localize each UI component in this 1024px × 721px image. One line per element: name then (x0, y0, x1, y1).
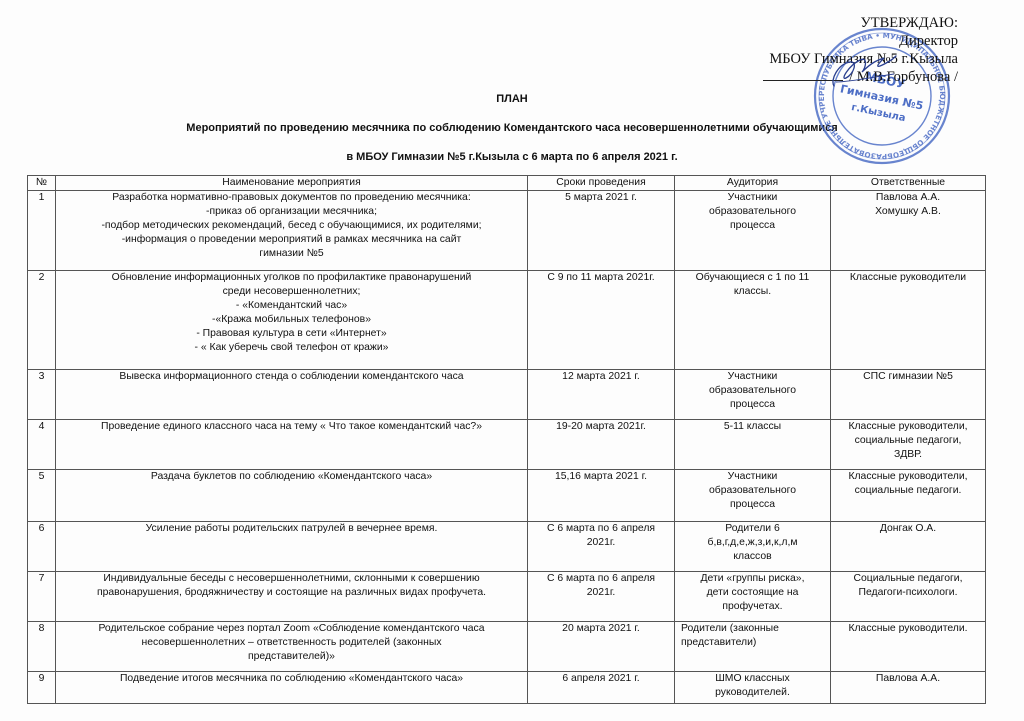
cell-event-name: Родительское собрание через портал Zoom … (56, 622, 528, 672)
table-row: 1Разработка нормативно-правовых документ… (28, 191, 986, 271)
cell-audience-line: классы. (677, 285, 828, 299)
cell-event-name-line: Подведение итогов месячника по соблюдени… (58, 672, 525, 686)
cell-responsible-line: ЗДВР. (833, 448, 983, 462)
cell-audience-line: Дети «группы риска», (677, 572, 828, 586)
cell-number: 6 (28, 522, 56, 572)
cell-number: 9 (28, 672, 56, 704)
cell-event-name-line: Раздача буклетов по соблюдению «Комендан… (58, 470, 525, 484)
cell-number: 1 (28, 191, 56, 271)
cell-event-name-line: Обновление информационных уголков по про… (58, 271, 525, 285)
cell-event-name: Индивидуальные беседы с несовершеннолетн… (56, 572, 528, 622)
table-row: 6Усиление работы родительских патрулей в… (28, 522, 986, 572)
cell-dates: С 6 марта по 6 апреля2021г. (528, 522, 675, 572)
cell-dates: 6 апреля 2021 г. (528, 672, 675, 704)
cell-responsible: Социальные педагоги,Педагоги-психологи. (831, 572, 986, 622)
cell-number-line: 7 (30, 572, 53, 586)
table-header-row: № Наименование мероприятия Сроки проведе… (28, 176, 986, 191)
header-number: № (28, 176, 56, 191)
cell-audience: 5-11 классы (675, 420, 831, 470)
cell-number: 5 (28, 470, 56, 522)
cell-responsible-line: Педагоги-психологи. (833, 586, 983, 600)
cell-responsible: Классные руководители. (831, 622, 986, 672)
cell-responsible-line: Хомушку А.В. (833, 205, 983, 219)
table-row: 8Родительское собрание через портал Zoom… (28, 622, 986, 672)
cell-responsible: СПС гимназии №5 (831, 370, 986, 420)
cell-responsible-line: Донгак О.А. (833, 522, 983, 536)
cell-event-name: Обновление информационных уголков по про… (56, 271, 528, 370)
cell-audience-line: представители) (681, 636, 828, 650)
cell-event-name: Раздача буклетов по соблюдению «Комендан… (56, 470, 528, 522)
cell-dates: С 6 марта по 6 апреля2021г. (528, 572, 675, 622)
cell-number-line: 4 (30, 420, 53, 434)
cell-number-line: 5 (30, 470, 53, 484)
cell-audience-line: образовательного (677, 205, 828, 219)
cell-event-name-line: гимназии №5 (58, 247, 525, 261)
cell-dates: С 9 по 11 марта 2021г. (528, 271, 675, 370)
cell-dates-line: 20 марта 2021 г. (530, 622, 672, 636)
cell-event-name-line: Проведение единого классного часа на тем… (58, 420, 525, 434)
cell-dates: 15,16 марта 2021 г. (528, 470, 675, 522)
cell-audience-line: дети состоящие на (677, 586, 828, 600)
cell-event-name-line: Вывеска информационного стенда о соблюде… (58, 370, 525, 384)
cell-responsible: Классные руководители,социальные педагог… (831, 420, 986, 470)
approval-heading: УТВЕРЖДАЮ: (763, 14, 958, 32)
cell-event-name-line: -подбор методических рекомендаций, бесед… (58, 219, 525, 233)
cell-number: 7 (28, 572, 56, 622)
cell-audience: Участникиобразовательногопроцесса (675, 191, 831, 271)
cell-event-name-line: - «Комендантский час» (58, 299, 525, 313)
cell-dates-line: 15,16 марта 2021 г. (530, 470, 672, 484)
cell-event-name-line: представителей)» (58, 650, 525, 664)
cell-event-name: Вывеска информационного стенда о соблюде… (56, 370, 528, 420)
cell-event-name-line: несовершеннолетних – ответственность род… (58, 636, 525, 650)
cell-audience-line: Участники (677, 191, 828, 205)
table-row: 2Обновление информационных уголков по пр… (28, 271, 986, 370)
cell-number-line: 3 (30, 370, 53, 384)
cell-dates-line: С 9 по 11 марта 2021г. (530, 271, 672, 285)
cell-audience-line: профучетах. (677, 600, 828, 614)
cell-audience-line: образовательного (677, 384, 828, 398)
cell-dates-line: 2021г. (530, 536, 672, 550)
cell-number-line: 9 (30, 672, 53, 686)
header-event-name: Наименование мероприятия (56, 176, 528, 191)
cell-event-name-line: среди несовершеннолетних; (58, 285, 525, 299)
cell-dates: 20 марта 2021 г. (528, 622, 675, 672)
cell-audience-line: классов (677, 550, 828, 564)
cell-audience-line: процесса (677, 498, 828, 512)
cell-audience: Участникиобразовательногопроцесса (675, 470, 831, 522)
document-page: УТВЕРЖДАЮ: Директор МБОУ Гимназия №5 г.К… (0, 0, 1024, 721)
cell-event-name: Проведение единого классного часа на тем… (56, 420, 528, 470)
cell-event-name: Подведение итогов месячника по соблюдени… (56, 672, 528, 704)
cell-event-name-line: Разработка нормативно-правовых документо… (58, 191, 525, 205)
cell-audience-line: Обучающиеся с 1 по 11 (677, 271, 828, 285)
cell-event-name-line: правонарушения, бродяжничеству и состоящ… (58, 586, 525, 600)
cell-number-line: 8 (30, 622, 53, 636)
cell-event-name-line: Индивидуальные беседы с несовершеннолетн… (58, 572, 525, 586)
cell-event-name-line: Родительское собрание через портал Zoom … (58, 622, 525, 636)
cell-number: 8 (28, 622, 56, 672)
cell-dates-line: 6 апреля 2021 г. (530, 672, 672, 686)
cell-audience-line: Родители 6 (677, 522, 828, 536)
approval-position: Директор (763, 32, 958, 50)
cell-responsible-line: социальные педагоги, (833, 434, 983, 448)
cell-dates-line: 2021г. (530, 586, 672, 600)
cell-event-name-line: -«Кража мобильных телефонов» (58, 313, 525, 327)
cell-event-name-line: -информация о проведении мероприятий в р… (58, 233, 525, 247)
cell-dates-line: 12 марта 2021 г. (530, 370, 672, 384)
cell-audience: Родители (законныепредставители) (675, 622, 831, 672)
cell-number-line: 6 (30, 522, 53, 536)
cell-dates-line: 5 марта 2021 г. (530, 191, 672, 205)
table-body: 1Разработка нормативно-правовых документ… (28, 191, 986, 704)
cell-responsible-line: СПС гимназии №5 (833, 370, 983, 384)
cell-dates-line: 19-20 марта 2021г. (530, 420, 672, 434)
cell-event-name-line: Усиление работы родительских патрулей в … (58, 522, 525, 536)
table-row: 7Индивидуальные беседы с несовершеннолет… (28, 572, 986, 622)
table-row: 4Проведение единого классного часа на те… (28, 420, 986, 470)
cell-audience-line: 5-11 классы (677, 420, 828, 434)
cell-responsible: Павлова А.А. (831, 672, 986, 704)
cell-audience-line: ШМО классных (677, 672, 828, 686)
cell-responsible-line: Классные руководители, (833, 470, 983, 484)
cell-responsible-line: Павлова А.А. (833, 191, 983, 205)
cell-number: 2 (28, 271, 56, 370)
cell-audience-line: Родители (законные (681, 622, 828, 636)
cell-event-name: Разработка нормативно-правовых документо… (56, 191, 528, 271)
cell-responsible-line: Социальные педагоги, (833, 572, 983, 586)
signature-icon (828, 52, 898, 92)
cell-number: 3 (28, 370, 56, 420)
cell-audience-line: процесса (677, 219, 828, 233)
cell-number-line: 1 (30, 191, 53, 205)
header-audience: Аудитория (675, 176, 831, 191)
table-row: 3Вывеска информационного стенда о соблюд… (28, 370, 986, 420)
cell-dates-line: С 6 марта по 6 апреля (530, 572, 672, 586)
cell-responsible-line: Павлова А.А. (833, 672, 983, 686)
cell-audience-line: образовательного (677, 484, 828, 498)
plan-table: № Наименование мероприятия Сроки проведе… (27, 175, 986, 704)
cell-responsible-line: Классные руководители. (833, 622, 983, 636)
cell-event-name: Усиление работы родительских патрулей в … (56, 522, 528, 572)
cell-event-name-line: - « Как уберечь свой телефон от кражи» (58, 341, 525, 355)
header-dates: Сроки проведения (528, 176, 675, 191)
cell-dates: 5 марта 2021 г. (528, 191, 675, 271)
cell-responsible-line: Классные руководители, (833, 420, 983, 434)
cell-dates-line: С 6 марта по 6 апреля (530, 522, 672, 536)
cell-audience: Дети «группы риска»,дети состоящие напро… (675, 572, 831, 622)
cell-audience: Обучающиеся с 1 по 11классы. (675, 271, 831, 370)
cell-event-name-line: -приказ об организации месячника; (58, 205, 525, 219)
cell-number: 4 (28, 420, 56, 470)
cell-number-line: 2 (30, 271, 53, 285)
cell-audience-line: руководителей. (677, 686, 828, 700)
cell-dates: 12 марта 2021 г. (528, 370, 675, 420)
cell-responsible-line: Классные руководители (833, 271, 983, 285)
table-row: 9Подведение итогов месячника по соблюден… (28, 672, 986, 704)
cell-audience: Родители 6б,в,г,д,е,ж,з,и,к,л,мклассов (675, 522, 831, 572)
cell-event-name-line: - Правовая культура в сети «Интернет» (58, 327, 525, 341)
cell-audience: ШМО классныхруководителей. (675, 672, 831, 704)
cell-responsible: Классные руководители (831, 271, 986, 370)
cell-audience-line: Участники (677, 370, 828, 384)
cell-responsible-line: социальные педагоги. (833, 484, 983, 498)
cell-dates: 19-20 марта 2021г. (528, 420, 675, 470)
cell-audience-line: Участники (677, 470, 828, 484)
header-responsible: Ответственные (831, 176, 986, 191)
cell-audience-line: б,в,г,д,е,ж,з,и,к,л,м (677, 536, 828, 550)
cell-audience-line: процесса (677, 398, 828, 412)
cell-audience: Участникиобразовательногопроцесса (675, 370, 831, 420)
cell-responsible: Классные руководители,социальные педагог… (831, 470, 986, 522)
cell-responsible: Донгак О.А. (831, 522, 986, 572)
cell-responsible: Павлова А.А.Хомушку А.В. (831, 191, 986, 271)
table-row: 5Раздача буклетов по соблюдению «Коменда… (28, 470, 986, 522)
